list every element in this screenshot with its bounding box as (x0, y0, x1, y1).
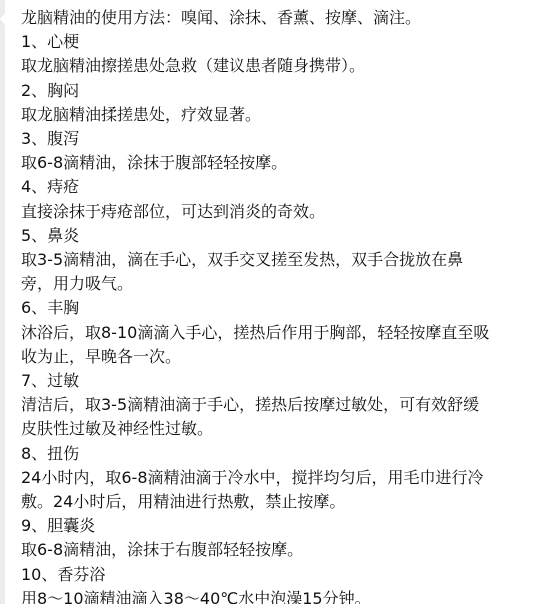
item-heading: 1、心梗 (21, 30, 532, 54)
item-heading: 4、痔疮 (21, 175, 532, 199)
item-body: 取龙脑精油擦搓患处急救（建议患者随身携带）。 (21, 54, 532, 78)
item-body: 沐浴后，取8-10滴滴入手心，搓热后作用于胸部，轻轻按摩直至吸收为止，早晚各一次… (21, 321, 491, 369)
item-heading: 9、胆囊炎 (21, 514, 532, 538)
item-body: 24小时内，取6-8滴精油滴于冷水中，搅拌均匀后，用毛巾进行冷敷。24小时后，用… (21, 466, 491, 514)
item-heading: 10、香芬浴 (21, 563, 532, 587)
item-body: 取3-5滴精油，滴在手心，双手交叉搓至发热，双手合拢放在鼻旁，用力吸气。 (21, 248, 491, 296)
item-heading: 2、胸闷 (21, 79, 532, 103)
item-heading: 7、过敏 (21, 369, 532, 393)
item-body: 取6-8滴精油，涂抹于右腹部轻轻按摩。 (21, 538, 532, 562)
item-body: 清洁后，取3-5滴精油滴于手心，搓热后按摩过敏处，可有效舒缓皮肤性过敏及神经性过… (21, 393, 491, 441)
item-body: 用8～10滴精油滴入38～40℃水中泡澡15分钟。 (21, 587, 532, 604)
message-bubble[interactable]: 龙脑精油的使用方法：嗅闻、涂抹、香薰、按摩、滴注。 1、心梗 取龙脑精油擦搓患处… (5, 0, 540, 604)
message-intro: 龙脑精油的使用方法：嗅闻、涂抹、香薰、按摩、滴注。 (21, 6, 532, 30)
item-body: 直接涂抹于痔疮部位，可达到消炎的奇效。 (21, 200, 532, 224)
item-body: 取6-8滴精油，涂抹于腹部轻轻按摩。 (21, 151, 532, 175)
item-heading: 5、鼻炎 (21, 224, 532, 248)
item-heading: 8、扭伤 (21, 442, 532, 466)
item-heading: 3、腹泻 (21, 127, 532, 151)
item-heading: 6、丰胸 (21, 296, 532, 320)
item-body: 取龙脑精油揉搓患处，疗效显著。 (21, 103, 532, 127)
